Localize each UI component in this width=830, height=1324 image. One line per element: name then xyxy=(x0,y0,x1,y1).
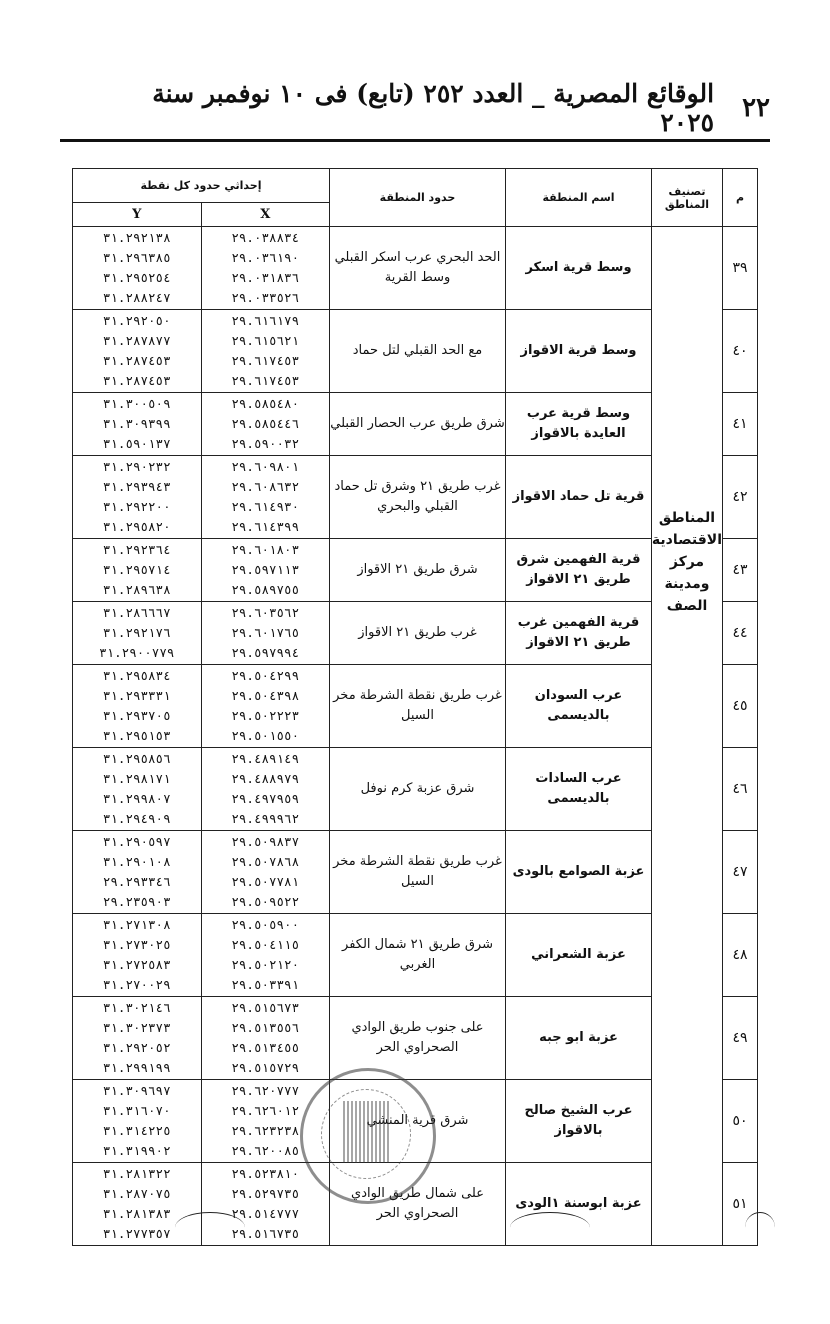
header-no: م xyxy=(723,169,758,227)
area-boundaries: شرق طريق عرب الحصار القبلي xyxy=(330,393,506,456)
area-name: عزبة ابو جبه xyxy=(506,997,652,1080)
official-stamp xyxy=(300,1068,436,1204)
area-name: عرب السودان بالديسمى xyxy=(506,665,652,748)
area-boundaries: شرق عزبة كرم نوفل xyxy=(330,748,506,831)
y-coordinate-value: ٣١.٣١٤٢٢٥ xyxy=(73,1121,201,1141)
header-area-boundaries: حدود المنطقة xyxy=(330,169,506,227)
classification-cell: المناطق الاقتصادية مركز ومدينة الصف xyxy=(652,227,723,1246)
y-coordinate-value: ٣١.٢٩٢٠٥٠ xyxy=(73,311,201,331)
area-name: عزبة الشعراني xyxy=(506,914,652,997)
area-name: عرب الشيخ صالح بالاقواز xyxy=(506,1080,652,1163)
x-coordinate-value: ٢٩.٥٩٧٩٩٤ xyxy=(202,643,330,663)
y-coordinate-value: ٣١.٢٩٠١٠٨ xyxy=(73,852,201,872)
y-coordinate-value: ٣١.٢٩٢٢٠٠ xyxy=(73,497,201,517)
x-coordinate-value: ٢٩.٦٠٣٥٦٢ xyxy=(202,603,330,623)
y-coordinate-value: ٢٩.٢٣٥٩٠٣ xyxy=(73,892,201,912)
y-coordinates: ٣١.٢٨٦٦٦٧٣١.٢٩٢١٧٦٣١.٢٩٠٠٧٧٩ xyxy=(73,602,202,665)
x-coordinate-value: ٢٩.٥٠٢١٢٠ xyxy=(202,955,330,975)
x-coordinate-value: ٢٩.٥٨٩٧٥٥ xyxy=(202,580,330,600)
x-coordinate-value: ٢٩.٠٣٨٨٣٤ xyxy=(202,228,330,248)
y-coordinate-value: ٣١.٣٠٠٥٠٩ xyxy=(73,394,201,414)
x-coordinates: ٢٩.٠٣٨٨٣٤٢٩.٠٣٦١٩٠٢٩.٠٣١٨٣٦٢٩.٠٣٣٥٢٦ xyxy=(201,227,330,310)
area-name: عزبة الصوامع بالودى xyxy=(506,831,652,914)
y-coordinate-value: ٣١.٢٩٨١٧١ xyxy=(73,769,201,789)
header-coords-group: إحداثي حدود كل نقطة xyxy=(73,169,330,203)
x-coordinate-value: ٢٩.٦٠٨٦٣٢ xyxy=(202,477,330,497)
x-coordinates: ٢٩.٥١٥٦٧٣٢٩.٥١٣٥٥٦٢٩.٥١٣٤٥٥٢٩.٥١٥٧٢٩ xyxy=(201,997,330,1080)
y-coordinate-value: ٣١.٢٩٥٧١٤ xyxy=(73,560,201,580)
coordinates-table: م تصنيف المناطق اسم المنطقة حدود المنطقة… xyxy=(72,168,758,1246)
y-coordinates: ٣١.٢٩٠٥٩٧٣١.٢٩٠١٠٨٢٩.٢٩٣٣٤٦٢٩.٢٣٥٩٠٣ xyxy=(73,831,202,914)
row-number: ٤٧ xyxy=(723,831,758,914)
y-coordinate-value: ٣١.٢٩٢٠٥٢ xyxy=(73,1038,201,1058)
row-number: ٥٠ xyxy=(723,1080,758,1163)
area-name: وسط قرية الاقواز xyxy=(506,310,652,393)
x-coordinate-value: ٢٩.٥٠٩٨٣٧ xyxy=(202,832,330,852)
x-coordinates: ٢٩.٥٠٩٨٣٧٢٩.٥٠٧٨٦٨٢٩.٥٠٧٧٨١٢٩.٥٠٩٥٢٢ xyxy=(201,831,330,914)
x-coordinate-value: ٢٩.٤٨٩١٤٩ xyxy=(202,749,330,769)
y-coordinate-value: ٣١.٢٩٠٢٣٢ xyxy=(73,457,201,477)
x-coordinate-value: ٢٩.٥٠١٥٥٠ xyxy=(202,726,330,746)
y-coordinate-value: ٣١.٢٩٢٣٦٤ xyxy=(73,540,201,560)
row-number: ٤٢ xyxy=(723,456,758,539)
x-coordinate-value: ٢٩.٥٨٥٤٤٦ xyxy=(202,414,330,434)
x-coordinates: ٢٩.٤٨٩١٤٩٢٩.٤٨٨٩٧٩٢٩.٤٩٧٩٥٩٢٩.٤٩٩٩٦٢ xyxy=(201,748,330,831)
row-number: ٤٤ xyxy=(723,602,758,665)
x-coordinate-value: ٢٩.٥٠٤٢٩٩ xyxy=(202,666,330,686)
y-coordinates: ٣١.٢٩٥٨٣٤٣١.٢٩٣٣٣١٣١.٢٩٣٧٠٥٣١.٢٩٥١٥٣ xyxy=(73,665,202,748)
y-coordinate-value: ٣١.٢٨٧٤٥٣ xyxy=(73,371,201,391)
x-coordinate-value: ٢٩.٠٣٣٥٢٦ xyxy=(202,288,330,308)
y-coordinates: ٣١.٢٩٢٠٥٠٣١.٢٨٧٨٧٧٣١.٢٨٧٤٥٣٣١.٢٨٧٤٥٣ xyxy=(73,310,202,393)
header-y: Y xyxy=(73,203,202,227)
y-coordinate-value: ٣١.٣١٩٩٠٢ xyxy=(73,1141,201,1161)
y-coordinate-value: ٣١.٣١٦٠٧٠ xyxy=(73,1101,201,1121)
x-coordinates: ٢٩.٦١٦١٧٩٢٩.٦١٥٦٢١٢٩.٦١٧٤٥٣٢٩.٦١٧٤٥٣ xyxy=(201,310,330,393)
y-coordinate-value: ٣١.٢٩٢١٧٦ xyxy=(73,623,201,643)
y-coordinate-value: ٣١.٥٩٠١٣٧ xyxy=(73,434,201,454)
page-number: ٢٢ xyxy=(742,93,770,123)
area-name: عرب السادات بالديسمى xyxy=(506,748,652,831)
x-coordinate-value: ٢٩.٥٠٤٣٩٨ xyxy=(202,686,330,706)
x-coordinate-value: ٢٩.٥٨٥٤٨٠ xyxy=(202,394,330,414)
x-coordinates: ٢٩.٦٠١٨٠٣٢٩.٥٩٧١١٣٢٩.٥٨٩٧٥٥ xyxy=(201,539,330,602)
eagle-emblem-icon xyxy=(343,1101,391,1163)
y-coordinates: ٣١.٣٠٢١٤٦٣١.٣٠٢٣٧٣٣١.٢٩٢٠٥٢٣١.٢٩٩١٩٩ xyxy=(73,997,202,1080)
x-coordinate-value: ٢٩.٦٠١٨٠٣ xyxy=(202,540,330,560)
y-coordinate-value: ٣١.٢٩٤٩٠٩ xyxy=(73,809,201,829)
y-coordinate-value: ٣١.٢٩٥٨٥٦ xyxy=(73,749,201,769)
x-coordinate-value: ٢٩.٥١٣٤٥٥ xyxy=(202,1038,330,1058)
x-coordinate-value: ٢٩.٥٩٠٠٣٢ xyxy=(202,434,330,454)
x-coordinate-value: ٢٩.٥٠٥٩٠٠ xyxy=(202,915,330,935)
y-coordinate-value: ٣١.٢٨٩٦٣٨ xyxy=(73,580,201,600)
table-row: ٣٩المناطق الاقتصادية مركز ومدينة الصفوسط… xyxy=(73,227,758,310)
area-boundaries: غرب طريق ٢١ وشرق تل حماد القبلي والبحري xyxy=(330,456,506,539)
signature-mark xyxy=(745,1212,775,1243)
y-coordinate-value: ٣١.٢٨٦٦٦٧ xyxy=(73,603,201,623)
y-coordinate-value: ٣١.٢٧٣٠٢٥ xyxy=(73,935,201,955)
area-boundaries: غرب طريق نقطة الشرطة مخر السيل xyxy=(330,831,506,914)
area-boundaries: غرب طريق نقطة الشرطة مخر السيل xyxy=(330,665,506,748)
x-coordinate-value: ٢٩.٤٩٩٩٦٢ xyxy=(202,809,330,829)
x-coordinate-value: ٢٩.٥٠٩٥٢٢ xyxy=(202,892,330,912)
y-coordinate-value: ٣١.٣٠٢٣٧٣ xyxy=(73,1018,201,1038)
x-coordinate-value: ٢٩.٥٠٤١١٥ xyxy=(202,935,330,955)
row-number: ٤١ xyxy=(723,393,758,456)
x-coordinate-value: ٢٩.٦١٧٤٥٣ xyxy=(202,351,330,371)
x-coordinate-value: ٢٩.٥٠٧٨٦٨ xyxy=(202,852,330,872)
x-coordinates: ٢٩.٥٠٤٢٩٩٢٩.٥٠٤٣٩٨٢٩.٥٠٢٢٢٣٢٩.٥٠١٥٥٠ xyxy=(201,665,330,748)
y-coordinate-value: ٣١.٢٩٩١٩٩ xyxy=(73,1058,201,1078)
x-coordinates: ٢٩.٥٨٥٤٨٠٢٩.٥٨٥٤٤٦٢٩.٥٩٠٠٣٢ xyxy=(201,393,330,456)
area-boundaries: غرب طريق ٢١ الاقواز xyxy=(330,602,506,665)
y-coordinate-value: ٣١.٢٨١٣٢٢ xyxy=(73,1164,201,1184)
y-coordinate-value: ٣١.٢٧١٣٠٨ xyxy=(73,915,201,935)
area-boundaries: شرق طريق ٢١ الاقواز xyxy=(330,539,506,602)
signature-mark xyxy=(175,1212,245,1243)
area-name: وسط قرية عرب العايدة بالاقواز xyxy=(506,393,652,456)
x-coordinate-value: ٢٩.٥١٥٦٧٣ xyxy=(202,998,330,1018)
x-coordinates: ٢٩.٦٠٣٥٦٢٢٩.٦٠١٧٦٥٢٩.٥٩٧٩٩٤ xyxy=(201,602,330,665)
area-name: قرية الفهمين شرق طريق ٢١ الاقواز xyxy=(506,539,652,602)
y-coordinate-value: ٣١.٣٠٩٦٩٧ xyxy=(73,1081,201,1101)
y-coordinate-value: ٣١.٢٧٠٠٢٩ xyxy=(73,975,201,995)
header-divider xyxy=(60,139,770,142)
x-coordinate-value: ٢٩.٠٣١٨٣٦ xyxy=(202,268,330,288)
y-coordinate-value: ٣١.٢٨٧٨٧٧ xyxy=(73,331,201,351)
y-coordinate-value: ٣١.٢٩٥١٥٣ xyxy=(73,726,201,746)
y-coordinate-value: ٣١.٢٩٠٠٧٧٩ xyxy=(73,643,201,663)
x-coordinate-value: ٢٩.٥٩٧١١٣ xyxy=(202,560,330,580)
y-coordinate-value: ٣١.٣٠٢١٤٦ xyxy=(73,998,201,1018)
y-coordinates: ٣١.٢٩٢١٣٨٣١.٢٩٦٣٨٥٣١.٢٩٥٢٥٤٣١.٢٨٨٢٤٧ xyxy=(73,227,202,310)
row-number: ٤٠ xyxy=(723,310,758,393)
x-coordinate-value: ٢٩.٥٠٧٧٨١ xyxy=(202,872,330,892)
x-coordinate-value: ٢٩.٦١٤٩٣٠ xyxy=(202,497,330,517)
area-boundaries: شرق طريق ٢١ شمال الكفر الغربي xyxy=(330,914,506,997)
area-boundaries: على جنوب طريق الوادي الصحراوي الحر xyxy=(330,997,506,1080)
y-coordinate-value: ٣١.٢٨٨٢٤٧ xyxy=(73,288,201,308)
x-coordinate-value: ٢٩.٦١٥٦٢١ xyxy=(202,331,330,351)
x-coordinate-value: ٢٩.٠٣٦١٩٠ xyxy=(202,248,330,268)
area-boundaries: مع الحد القبلي لتل حماد xyxy=(330,310,506,393)
y-coordinates: ٣١.٢٩٥٨٥٦٣١.٢٩٨١٧١٣١.٢٩٩٨٠٧٣١.٢٩٤٩٠٩ xyxy=(73,748,202,831)
area-name: وسط قرية اسكر xyxy=(506,227,652,310)
y-coordinates: ٣١.٣٠٩٦٩٧٣١.٣١٦٠٧٠٣١.٣١٤٢٢٥٣١.٣١٩٩٠٢ xyxy=(73,1080,202,1163)
x-coordinates: ٢٩.٥٠٥٩٠٠٢٩.٥٠٤١١٥٢٩.٥٠٢١٢٠٢٩.٥٠٣٣٩١ xyxy=(201,914,330,997)
page-header: ٢٢ الوقائع المصرية _ العدد ٢٥٢ (تابع) فى… xyxy=(90,88,770,128)
y-coordinates: ٣١.٢٧١٣٠٨٣١.٢٧٣٠٢٥٣١.٢٧٢٥٨٣٣١.٢٧٠٠٢٩ xyxy=(73,914,202,997)
y-coordinate-value: ٣١.٢٩٥٨٢٠ xyxy=(73,517,201,537)
area-name: قرية الفهمين غرب طريق ٢١ الاقواز xyxy=(506,602,652,665)
y-coordinates: ٣١.٢٩٢٣٦٤٣١.٢٩٥٧١٤٣١.٢٨٩٦٣٨ xyxy=(73,539,202,602)
row-number: ٤٥ xyxy=(723,665,758,748)
x-coordinate-value: ٢٩.٦٠٩٨٠١ xyxy=(202,457,330,477)
x-coordinate-value: ٢٩.٦١٤٣٩٩ xyxy=(202,517,330,537)
x-coordinates: ٢٩.٦٠٩٨٠١٢٩.٦٠٨٦٣٢٢٩.٦١٤٩٣٠٢٩.٦١٤٣٩٩ xyxy=(201,456,330,539)
area-name: قرية تل حماد الاقواز xyxy=(506,456,652,539)
row-number: ٤٩ xyxy=(723,997,758,1080)
y-coordinate-value: ٣١.٢٩٢١٣٨ xyxy=(73,228,201,248)
x-coordinate-value: ٢٩.٦٠١٧٦٥ xyxy=(202,623,330,643)
area-boundaries: الحد البحري عرب اسكر القبلي وسط القرية xyxy=(330,227,506,310)
x-coordinate-value: ٢٩.٥١٥٧٢٩ xyxy=(202,1058,330,1078)
y-coordinates: ٣١.٢٩٠٢٣٢٣١.٢٩٣٩٤٣٣١.٢٩٢٢٠٠٣١.٢٩٥٨٢٠ xyxy=(73,456,202,539)
y-coordinate-value: ٣١.٢٧٢٥٨٣ xyxy=(73,955,201,975)
signature-mark xyxy=(510,1212,590,1243)
row-number: ٤٦ xyxy=(723,748,758,831)
x-coordinate-value: ٢٩.٥١٣٥٥٦ xyxy=(202,1018,330,1038)
y-coordinate-value: ٣١.٢٩٥٨٣٤ xyxy=(73,666,201,686)
header-x: X xyxy=(201,203,330,227)
header-classification: تصنيف المناطق xyxy=(652,169,723,227)
y-coordinate-value: ٣١.٢٩٣٩٤٣ xyxy=(73,477,201,497)
y-coordinate-value: ٣١.٢٩٥٢٥٤ xyxy=(73,268,201,288)
x-coordinate-value: ٢٩.٤٩٧٩٥٩ xyxy=(202,789,330,809)
y-coordinate-value: ٣١.٢٩٩٨٠٧ xyxy=(73,789,201,809)
x-coordinate-value: ٢٩.٥٠٢٢٢٣ xyxy=(202,706,330,726)
row-number: ٤٣ xyxy=(723,539,758,602)
row-number: ٤٨ xyxy=(723,914,758,997)
y-coordinate-value: ٣١.٢٩٦٣٨٥ xyxy=(73,248,201,268)
y-coordinate-value: ٣١.٢٩٣٧٠٥ xyxy=(73,706,201,726)
y-coordinate-value: ٣١.٢٩٠٥٩٧ xyxy=(73,832,201,852)
x-coordinate-value: ٢٩.٥٠٣٣٩١ xyxy=(202,975,330,995)
y-coordinate-value: ٣١.٢٨٧٤٥٣ xyxy=(73,351,201,371)
header-area-name: اسم المنطقة xyxy=(506,169,652,227)
y-coordinates: ٣١.٣٠٠٥٠٩٣١.٣٠٩٣٩٩٣١.٥٩٠١٣٧ xyxy=(73,393,202,456)
y-coordinate-value: ٣١.٢٩٣٣٣١ xyxy=(73,686,201,706)
y-coordinate-value: ٣١.٣٠٩٣٩٩ xyxy=(73,414,201,434)
gazette-title: الوقائع المصرية _ العدد ٢٥٢ (تابع) فى ١٠… xyxy=(90,79,714,137)
y-coordinate-value: ٢٩.٢٩٣٣٤٦ xyxy=(73,872,201,892)
x-coordinate-value: ٢٩.٤٨٨٩٧٩ xyxy=(202,769,330,789)
row-number: ٣٩ xyxy=(723,227,758,310)
y-coordinate-value: ٣١.٢٨٧٠٧٥ xyxy=(73,1184,201,1204)
x-coordinate-value: ٢٩.٦١٧٤٥٣ xyxy=(202,371,330,391)
x-coordinate-value: ٢٩.٦١٦١٧٩ xyxy=(202,311,330,331)
x-coordinate-value: ٢٩.٦٢٠٧٧٧ xyxy=(202,1081,330,1101)
x-coordinate-value: ٢٩.٥٢٩٧٣٥ xyxy=(202,1184,330,1204)
classification-text: المناطق الاقتصادية مركز ومدينة الصف xyxy=(652,227,722,617)
